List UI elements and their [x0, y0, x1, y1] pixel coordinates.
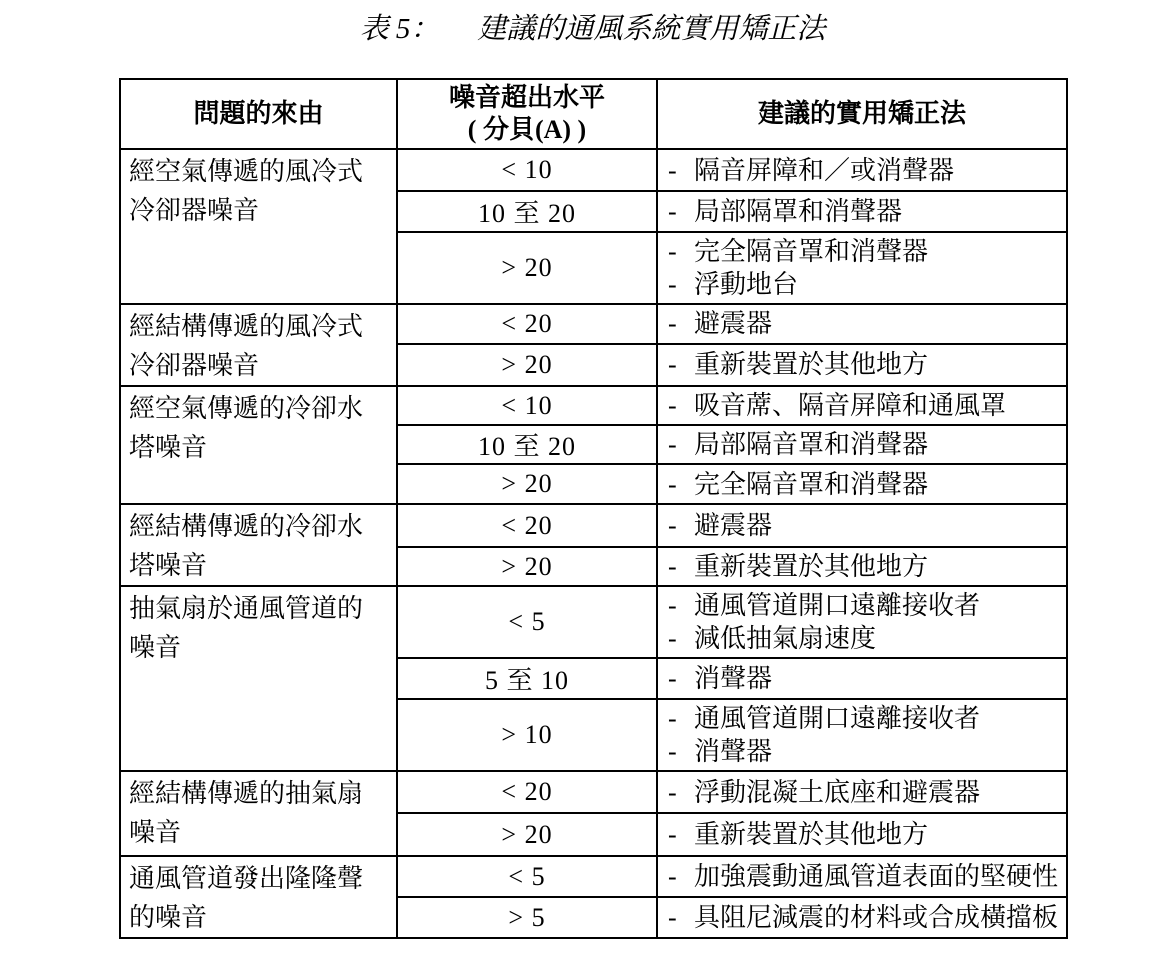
bullet-dash: - — [664, 901, 694, 934]
header-problem-source: 問題的來由 — [120, 79, 397, 149]
header-remedy: 建議的實用矯正法 — [657, 79, 1067, 149]
bullet-dash: - — [664, 776, 694, 809]
bullet-dash: - — [664, 622, 694, 655]
remedy-line: -通風管道開口遠離接收者 — [664, 589, 1066, 622]
table-title: 表 5：建議的通風系統實用矯正法 — [119, 6, 1066, 47]
bullet-dash: - — [664, 428, 694, 461]
remedy-text: 浮動地台 — [694, 268, 1066, 301]
bullet-dash: - — [664, 468, 694, 501]
remedy-line: -通風管道開口遠離接收者 — [664, 702, 1066, 735]
noise-level-cell: < 10 — [397, 149, 657, 191]
remedy-cell: -完全隔音罩和消聲器-浮動地台 — [657, 232, 1067, 304]
remedy-cell: -重新裝置於其他地方 — [657, 813, 1067, 856]
remedy-text: 通風管道開口遠離接收者 — [694, 589, 1066, 622]
noise-level-cell: < 5 — [397, 856, 657, 897]
problem-source-cell: 通風管道發出隆隆聲的噪音 — [120, 856, 397, 938]
remedy-line: -避震器 — [664, 307, 1066, 340]
noise-level-cell: > 20 — [397, 813, 657, 856]
remedy-cell: -加強震動通風管道表面的堅硬性 — [657, 856, 1067, 897]
remedy-cell: -避震器 — [657, 504, 1067, 547]
remedy-text: 減低抽氣扇速度 — [694, 622, 1066, 655]
remedy-line: -浮動地台 — [664, 268, 1066, 301]
bullet-dash: - — [664, 702, 694, 735]
bullet-dash: - — [664, 389, 694, 422]
header-row: 問題的來由 噪音超出水平 ( 分貝(A) ) 建議的實用矯正法 — [120, 79, 1067, 149]
remedy-text: 重新裝置於其他地方 — [694, 550, 1066, 583]
table-row: 抽氣扇於通風管道的噪音< 5-通風管道開口遠離接收者-減低抽氣扇速度 — [120, 586, 1067, 658]
remedy-line: -完全隔音罩和消聲器 — [664, 235, 1066, 268]
header-noise-level-line2: ( 分貝(A) ) — [398, 114, 656, 146]
noise-level-cell: > 20 — [397, 464, 657, 504]
noise-level-cell: < 20 — [397, 304, 657, 344]
problem-source-cell: 經空氣傳遞的風冷式冷卻器噪音 — [120, 149, 397, 304]
bullet-dash: - — [664, 589, 694, 622]
table-row: 通風管道發出隆隆聲的噪音< 5-加強震動通風管道表面的堅硬性 — [120, 856, 1067, 897]
remedy-cell: -通風管道開口遠離接收者-消聲器 — [657, 699, 1067, 771]
remedy-text: 通風管道開口遠離接收者 — [694, 702, 1066, 735]
table-row: 經結構傳遞的抽氣扇噪音< 20-浮動混凝土底座和避震器 — [120, 771, 1067, 813]
remedy-text: 具阻尼減震的材料或合成橫擋板 — [694, 901, 1066, 934]
remedy-text: 完全隔音罩和消聲器 — [694, 235, 1066, 268]
remedy-text: 完全隔音罩和消聲器 — [694, 468, 1066, 501]
noise-level-cell: 5 至 10 — [397, 658, 657, 699]
remedy-text: 避震器 — [694, 307, 1066, 340]
table-row: 經結構傳遞的冷卻水塔噪音< 20-避震器 — [120, 504, 1067, 547]
remedy-line: -局部隔罩和消聲器 — [664, 195, 1066, 228]
problem-source-cell: 經結構傳遞的冷卻水塔噪音 — [120, 504, 397, 586]
remedy-cell: -局部隔罩和消聲器 — [657, 191, 1067, 232]
noise-level-cell: 10 至 20 — [397, 425, 657, 464]
noise-level-cell: > 5 — [397, 897, 657, 938]
remedy-cell: -具阻尼減震的材料或合成橫擋板 — [657, 897, 1067, 938]
header-remedy-label: 建議的實用矯正法 — [658, 98, 1066, 130]
table-row: 經空氣傳遞的風冷式冷卻器噪音< 10-隔音屏障和／或消聲器 — [120, 149, 1067, 191]
document-page: 表 5：建議的通風系統實用矯正法 問題的來由 噪音超出水平 ( 分貝(A) ) … — [0, 0, 1170, 960]
noise-level-cell: < 20 — [397, 771, 657, 813]
remedy-text: 局部隔罩和消聲器 — [694, 195, 1066, 228]
table-row: 經結構傳遞的風冷式冷卻器噪音< 20-避震器 — [120, 304, 1067, 344]
noise-level-cell: > 20 — [397, 344, 657, 386]
remedy-line: -重新裝置於其他地方 — [664, 348, 1066, 381]
noise-level-cell: 10 至 20 — [397, 191, 657, 232]
noise-level-cell: > 20 — [397, 232, 657, 304]
remedy-cell: -吸音蓆、隔音屏障和通風罩 — [657, 386, 1067, 425]
remedy-text: 吸音蓆、隔音屏障和通風罩 — [694, 389, 1066, 422]
remedy-line: -重新裝置於其他地方 — [664, 550, 1066, 583]
table-title-text: 建議的通風系統實用矯正法 — [477, 13, 825, 45]
bullet-dash: - — [664, 307, 694, 340]
remedy-text: 浮動混凝土底座和避震器 — [694, 776, 1066, 809]
table-number: 表 5： — [360, 13, 440, 45]
problem-source-cell: 抽氣扇於通風管道的噪音 — [120, 586, 397, 771]
corrective-measures-table: 問題的來由 噪音超出水平 ( 分貝(A) ) 建議的實用矯正法 經空氣傳遞的風冷… — [119, 78, 1068, 939]
bullet-dash: - — [664, 509, 694, 542]
remedy-line: -消聲器 — [664, 735, 1066, 768]
remedy-cell: -隔音屏障和／或消聲器 — [657, 149, 1067, 191]
remedy-line: -浮動混凝土底座和避震器 — [664, 776, 1066, 809]
remedy-line: -具阻尼減震的材料或合成橫擋板 — [664, 901, 1066, 934]
bullet-dash: - — [664, 550, 694, 583]
remedy-line: -完全隔音罩和消聲器 — [664, 468, 1066, 501]
bullet-dash: - — [664, 154, 694, 187]
remedy-line: -重新裝置於其他地方 — [664, 818, 1066, 851]
remedy-text: 加強震動通風管道表面的堅硬性 — [694, 860, 1066, 893]
header-noise-level: 噪音超出水平 ( 分貝(A) ) — [397, 79, 657, 149]
noise-level-cell: < 20 — [397, 504, 657, 547]
header-noise-level-line1: 噪音超出水平 — [398, 82, 656, 114]
bullet-dash: - — [664, 348, 694, 381]
bullet-dash: - — [664, 195, 694, 228]
remedy-cell: -局部隔音罩和消聲器 — [657, 425, 1067, 464]
remedy-text: 消聲器 — [694, 662, 1066, 695]
remedy-line: -減低抽氣扇速度 — [664, 622, 1066, 655]
remedy-text: 重新裝置於其他地方 — [694, 818, 1066, 851]
remedy-text: 避震器 — [694, 509, 1066, 542]
remedy-cell: -完全隔音罩和消聲器 — [657, 464, 1067, 504]
remedy-line: -隔音屏障和／或消聲器 — [664, 154, 1066, 187]
remedy-line: -吸音蓆、隔音屏障和通風罩 — [664, 389, 1066, 422]
problem-source-cell: 經結構傳遞的風冷式冷卻器噪音 — [120, 304, 397, 386]
problem-source-cell: 經空氣傳遞的冷卻水塔噪音 — [120, 386, 397, 504]
noise-level-cell: < 10 — [397, 386, 657, 425]
remedy-cell: -避震器 — [657, 304, 1067, 344]
remedy-line: -局部隔音罩和消聲器 — [664, 428, 1066, 461]
remedy-cell: -浮動混凝土底座和避震器 — [657, 771, 1067, 813]
bullet-dash: - — [664, 662, 694, 695]
remedy-text: 消聲器 — [694, 735, 1066, 768]
bullet-dash: - — [664, 268, 694, 301]
remedy-line: -消聲器 — [664, 662, 1066, 695]
noise-level-cell: > 20 — [397, 547, 657, 586]
remedy-text: 重新裝置於其他地方 — [694, 348, 1066, 381]
bullet-dash: - — [664, 818, 694, 851]
problem-source-cell: 經結構傳遞的抽氣扇噪音 — [120, 771, 397, 856]
table-row: 經空氣傳遞的冷卻水塔噪音< 10-吸音蓆、隔音屏障和通風罩 — [120, 386, 1067, 425]
remedy-cell: -重新裝置於其他地方 — [657, 344, 1067, 386]
remedy-cell: -重新裝置於其他地方 — [657, 547, 1067, 586]
noise-level-cell: < 5 — [397, 586, 657, 658]
remedy-line: -避震器 — [664, 509, 1066, 542]
remedy-line: -加強震動通風管道表面的堅硬性 — [664, 860, 1066, 893]
bullet-dash: - — [664, 235, 694, 268]
remedy-text: 局部隔音罩和消聲器 — [694, 428, 1066, 461]
bullet-dash: - — [664, 860, 694, 893]
header-problem-source-label: 問題的來由 — [121, 98, 396, 130]
remedy-text: 隔音屏障和／或消聲器 — [694, 154, 1066, 187]
noise-level-cell: > 10 — [397, 699, 657, 771]
remedy-cell: -通風管道開口遠離接收者-減低抽氣扇速度 — [657, 586, 1067, 658]
bullet-dash: - — [664, 735, 694, 768]
remedy-cell: -消聲器 — [657, 658, 1067, 699]
